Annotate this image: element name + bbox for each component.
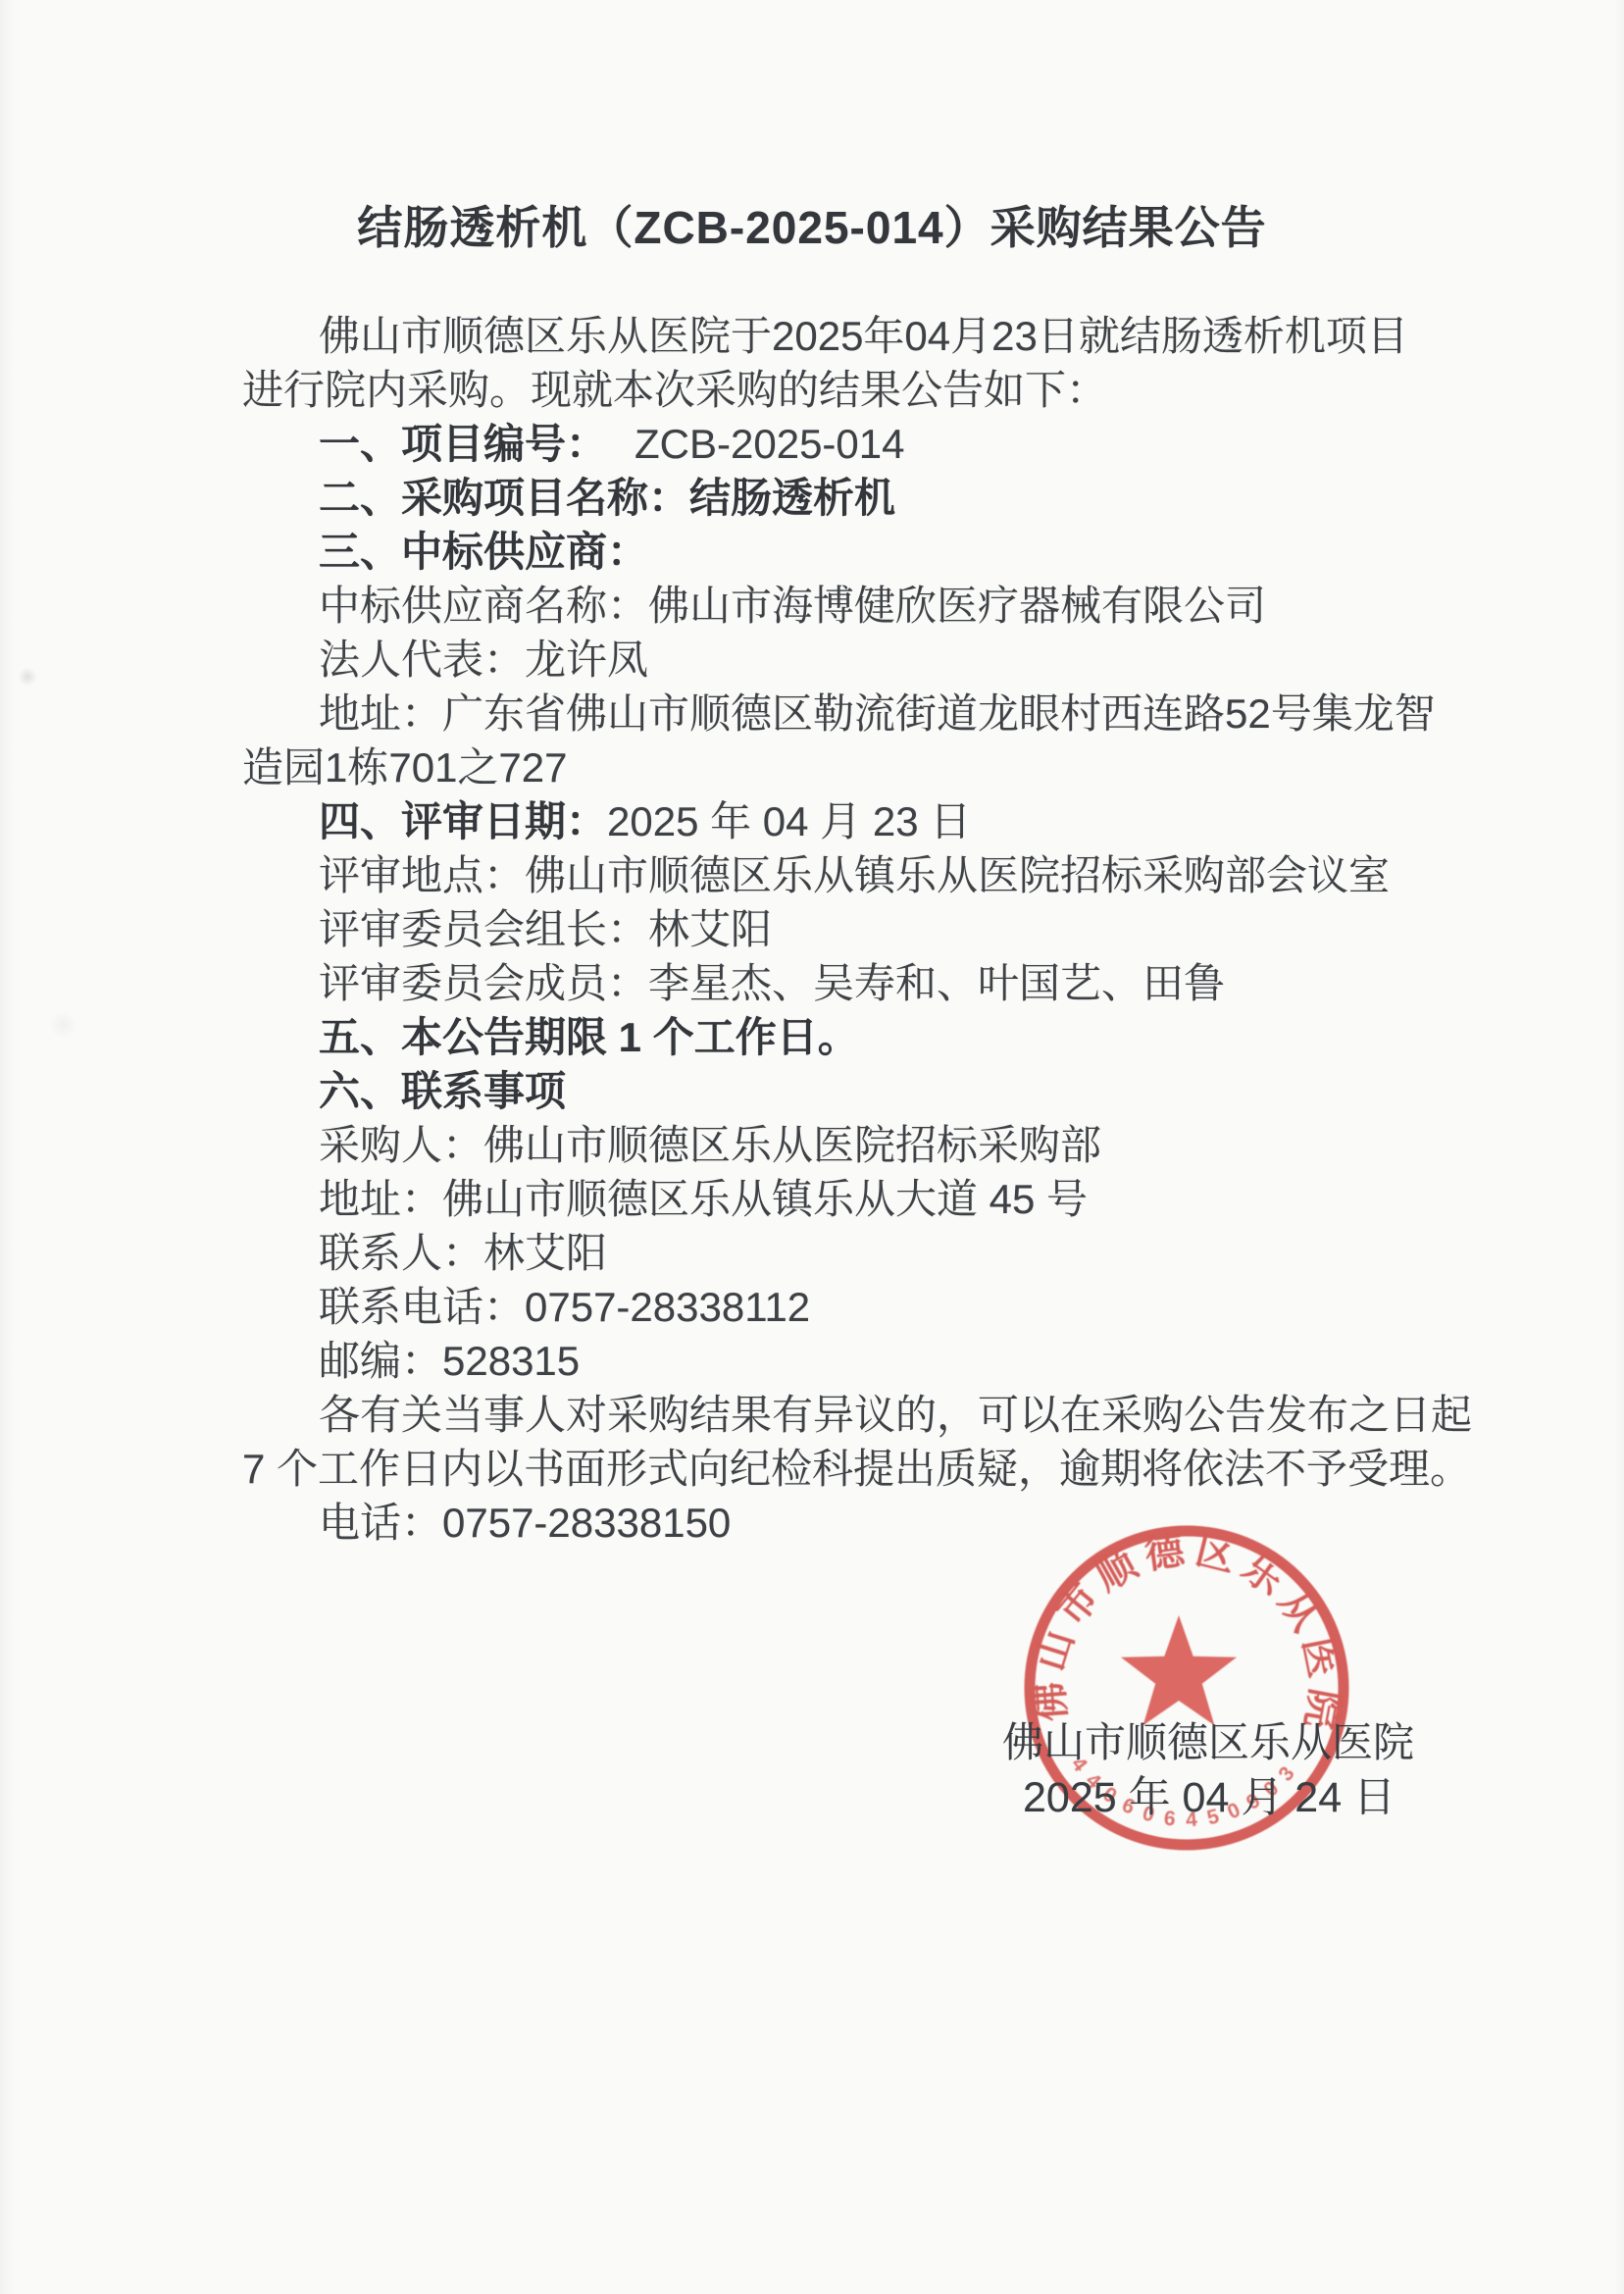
body-line-text: 评审委员会成员：李星杰、吴寿和、叶国艺、田鲁	[319, 960, 1225, 1006]
body-line: 五、本公告期限 1 个工作日。	[242, 1010, 1390, 1064]
document-title: 结肠透析机（ZCB-2025-014）采购结果公告	[0, 192, 1624, 257]
body-line: 六、联系事项	[242, 1064, 1390, 1118]
body-line-text: 地址：佛山市顺德区乐从镇乐从大道 45 号	[319, 1176, 1088, 1222]
body-line-heading: 六、联系事项	[319, 1068, 566, 1114]
body-line-text: 地址：广东省佛山市顺德区勒流街道龙眼村西连路52号集龙智	[319, 690, 1436, 737]
body-line: 中标供应商名称：佛山市海博健欣医疗器械有限公司	[242, 579, 1390, 633]
body-line-text: 评审委员会组长：林艾阳	[319, 906, 772, 952]
body-line: 佛山市顺德区乐从医院于2025年04月23日就结肠透析机项目	[242, 309, 1390, 363]
body-line: 采购人：佛山市顺德区乐从医院招标采购部	[242, 1118, 1390, 1172]
body-line-text: 各有关当事人对采购结果有异议的，可以在采购公告发布之日起	[319, 1392, 1472, 1438]
body-line: 进行院内采购。现就本次采购的结果公告如下：	[242, 363, 1390, 417]
body-line: 地址：广东省佛山市顺德区勒流街道龙眼村西连路52号集龙智	[242, 687, 1390, 740]
signature-org: 佛山市顺德区乐从医院	[1002, 1710, 1414, 1769]
body-line: 联系电话：0757-28338112	[242, 1280, 1390, 1334]
body-line-heading: 五、本公告期限 1 个工作日。	[319, 1014, 859, 1060]
body-line-text: 2025 年 04 月 23 日	[607, 798, 971, 844]
body-line-text: 电话：0757-28338150	[319, 1500, 731, 1546]
body-line-text: 联系电话：0757-28338112	[319, 1284, 810, 1330]
body-line-text: 评审地点：佛山市顺德区乐从镇乐从医院招标采购部会议室	[319, 852, 1390, 898]
body-line: 7 个工作日内以书面形式向纪检科提出质疑，逾期将依法不予受理。	[242, 1442, 1390, 1496]
body-line-heading: 一、项目编号：	[319, 421, 607, 467]
body-line-text: 造园1栋701之727	[242, 744, 568, 790]
document-page: 结肠透析机（ZCB-2025-014）采购结果公告 佛山市顺德区乐从医院于202…	[0, 0, 1624, 2294]
body-line-heading: 三、中标供应商：	[319, 529, 648, 575]
body-line: 三、中标供应商：	[242, 525, 1390, 579]
body-line-text: 佛山市顺德区乐从医院于2025年04月23日就结肠透析机项目	[319, 313, 1408, 359]
body-line-text: ZCB-2025-014	[634, 421, 904, 467]
body-line-heading: 二、采购项目名称：结肠透析机	[319, 475, 895, 521]
body-line-text: 邮编：528315	[319, 1338, 580, 1384]
body-line-text: 中标供应商名称：佛山市海博健欣医疗器械有限公司	[319, 583, 1266, 629]
svg-text:佛山市顺德区乐从医院: 佛山市顺德区乐从医院	[1028, 1528, 1346, 1739]
signature-date: 2025 年 04 月 24 日	[1023, 1764, 1396, 1824]
body-lines: 佛山市顺德区乐从医院于2025年04月23日就结肠透析机项目进行院内采购。现就本…	[242, 309, 1390, 1550]
body-line-heading: 四、评审日期：	[319, 798, 607, 844]
body-line-text: 进行院内采购。现就本次采购的结果公告如下：	[242, 367, 1107, 413]
body-line: 二、采购项目名称：结肠透析机	[242, 471, 1390, 525]
body-line-text: 采购人：佛山市顺德区乐从医院招标采购部	[319, 1122, 1101, 1168]
body-line: 各有关当事人对采购结果有异议的，可以在采购公告发布之日起	[242, 1388, 1390, 1442]
body-line: 造园1栋701之727	[242, 740, 1390, 794]
body-line: 邮编：528315	[242, 1334, 1390, 1388]
body-line-text: 法人代表：龙许凤	[319, 637, 648, 683]
body-line: 评审地点：佛山市顺德区乐从镇乐从医院招标采购部会议室	[242, 848, 1390, 902]
body-line: 一、项目编号：ZCB-2025-014	[242, 417, 1390, 471]
body-line: 联系人：林艾阳	[242, 1226, 1390, 1280]
body-line-text: 联系人：林艾阳	[319, 1230, 607, 1276]
body-line-text: 7 个工作日内以书面形式向纪检科提出质疑，逾期将依法不予受理。	[242, 1446, 1471, 1492]
body-line: 评审委员会组长：林艾阳	[242, 902, 1390, 956]
body-line: 评审委员会成员：李星杰、吴寿和、叶国艺、田鲁	[242, 956, 1390, 1010]
body-line: 四、评审日期：2025 年 04 月 23 日	[242, 794, 1390, 848]
body-line: 地址：佛山市顺德区乐从镇乐从大道 45 号	[242, 1172, 1390, 1226]
seal-arc-text: 佛山市顺德区乐从医院	[1028, 1528, 1346, 1739]
seal-star	[1121, 1615, 1237, 1725]
body-line: 法人代表：龙许凤	[242, 633, 1390, 687]
